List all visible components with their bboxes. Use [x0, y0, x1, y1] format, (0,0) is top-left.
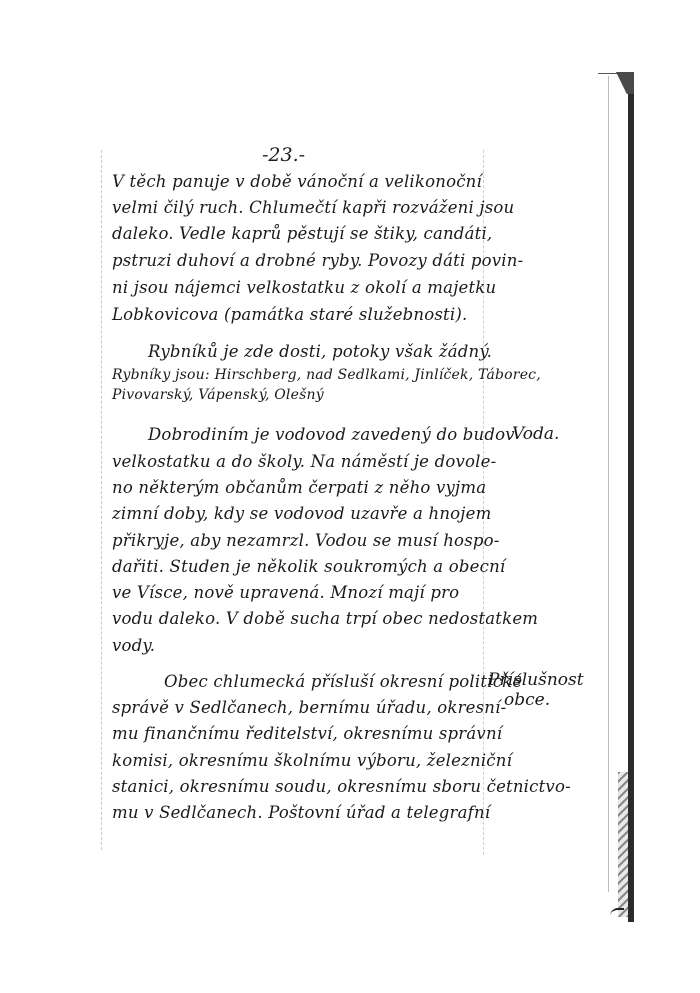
- text-line: stanici, okresnímu soudu, okresnímu sbor…: [112, 777, 571, 796]
- text-line: zimní doby, kdy se vodovod uzavře a hnoj…: [112, 504, 491, 523]
- text-line: Dobrodiním je vodovod zavedený do budov: [148, 425, 515, 444]
- book-binding-edge: [604, 72, 634, 922]
- text-line: Obec chlumecká přísluší okresní politick…: [164, 672, 522, 691]
- text-line: Rybníků je zde dosti, potoky však žádný.: [148, 342, 492, 361]
- text-line: daleko. Vedle kaprů pěstují se štiky, ca…: [112, 224, 492, 243]
- page-number: -23.-: [262, 144, 305, 166]
- binding-corner-shadow: [616, 72, 634, 94]
- text-line: velmi čilý ruch. Chlumečtí kapři rozváže…: [112, 198, 514, 217]
- margin-note-voda: Voda.: [512, 424, 559, 444]
- binding-stitching: [618, 772, 628, 917]
- document-page: -23.- V těch panuje v době vánoční a vel…: [0, 0, 700, 993]
- text-line: Rybníky jsou: Hirschberg, nad Sedlkami, …: [112, 367, 541, 383]
- text-line: ni jsou nájemci velkostatku z okolí a ma…: [112, 278, 496, 297]
- binding-inner-fold: [608, 76, 609, 892]
- left-margin-rule: [101, 150, 103, 850]
- margin-note-prislusnost: Příslušnost: [488, 670, 584, 690]
- text-line: mu finančnímu ředitelství, okresnímu spr…: [112, 724, 502, 743]
- text-line: no některým občanům čerpati z něho vyjma: [112, 478, 486, 497]
- text-line: ve Vísce, nově upravená. Mnozí mají pro: [112, 583, 459, 602]
- text-line: V těch panuje v době vánoční a velikonoč…: [112, 172, 482, 191]
- text-line: správě v Sedlčanech, bernímu úřadu, okre…: [112, 698, 506, 717]
- text-line: dařiti. Studen je několik soukromých a o…: [112, 557, 505, 576]
- text-line: vodu daleko. V době sucha trpí obec nedo…: [112, 609, 538, 628]
- text-line: vody.: [112, 636, 155, 655]
- text-line: Pivovarský, Vápenský, Olešný: [112, 387, 324, 403]
- text-line: přikryje, aby nezamrzl. Vodou se musí ho…: [112, 531, 500, 550]
- binding-dark-edge: [628, 72, 634, 922]
- margin-note-obce: obce.: [504, 690, 550, 710]
- text-line: pstruzi duhoví a drobné ryby. Povozy dát…: [112, 251, 523, 270]
- text-line: Lobkovicova (památka staré služebnosti).: [112, 305, 467, 324]
- text-line: mu v Sedlčanech. Poštovní úřad a telegra…: [112, 803, 490, 822]
- text-line: velkostatku a do školy. Na náměstí je do…: [112, 452, 496, 471]
- text-line: komisi, okresnímu školnímu výboru, želez…: [112, 751, 512, 770]
- binding-page-curl: [610, 908, 624, 920]
